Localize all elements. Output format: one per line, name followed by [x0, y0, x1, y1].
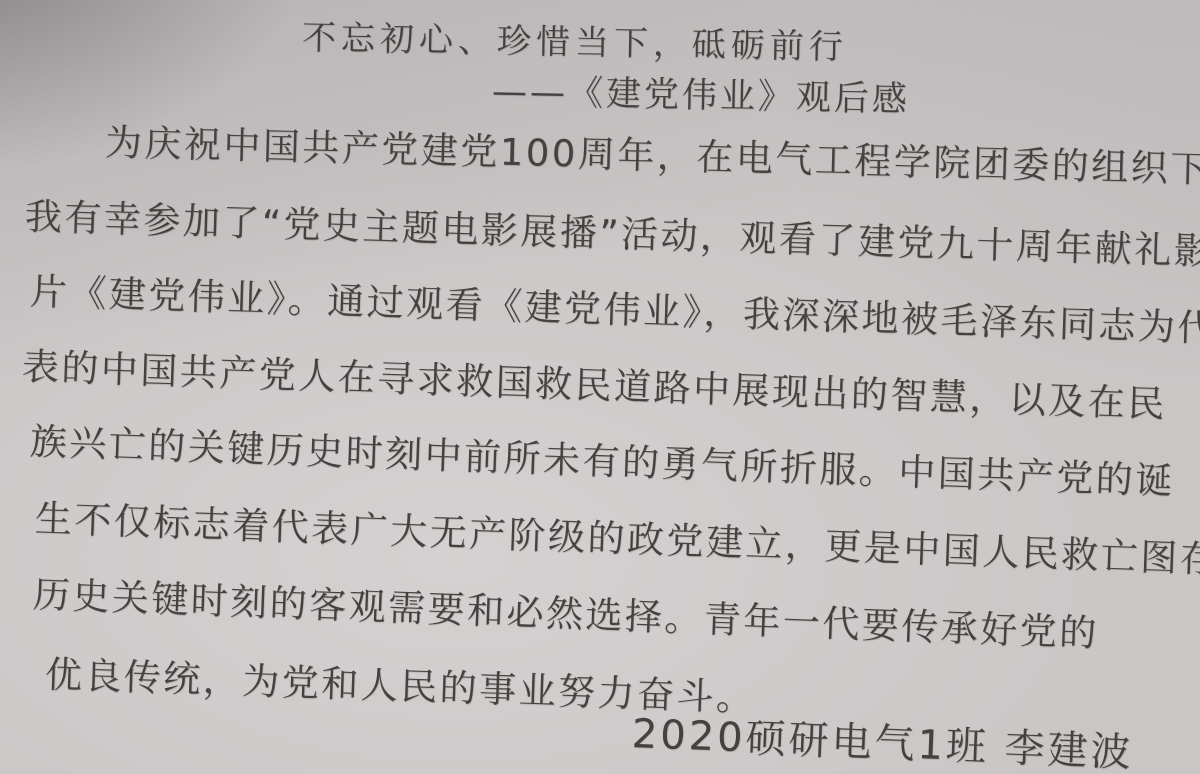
body-line: 片《建党伟业》。通过观看《建党伟业》，我深深地被毛泽东同志为代 — [29, 261, 1200, 352]
body-line: 表的中国共产党人在寻求救国救民道路中展现出的智慧，以及在民 — [21, 336, 1168, 428]
body-line: 生不仅标志着代表广大无产阶级的政党建立，更是中国人民救亡图存 — [34, 488, 1200, 583]
body-line: 族兴亡的关键历史时刻中前所未有的勇气所折服。中国共产党的诞 — [29, 411, 1176, 505]
document-subtitle: ——《建党伟业》观后感 — [492, 64, 911, 122]
body-line: 历史关键时刻的客观需要和必然选择。青年一代要传承好党的 — [32, 564, 1100, 657]
handwritten-document-photo: 不忘初心、珍惜当下，砥砺前行 ——《建党伟业》观后感 为庆祝中国共产党建党100… — [0, 0, 1200, 774]
body-line: 我有幸参加了“党史主题电影展播”活动，观看了建党九十周年献礼影 — [24, 186, 1200, 275]
signature: 2020硕研电气1班 李建波 — [631, 702, 1135, 774]
body-line: 为庆祝中国共产党建党100周年，在电气工程学院团委的组织下，5月20日 — [104, 112, 1200, 198]
document-title: 不忘初心、珍惜当下，砥砺前行 — [302, 10, 849, 69]
